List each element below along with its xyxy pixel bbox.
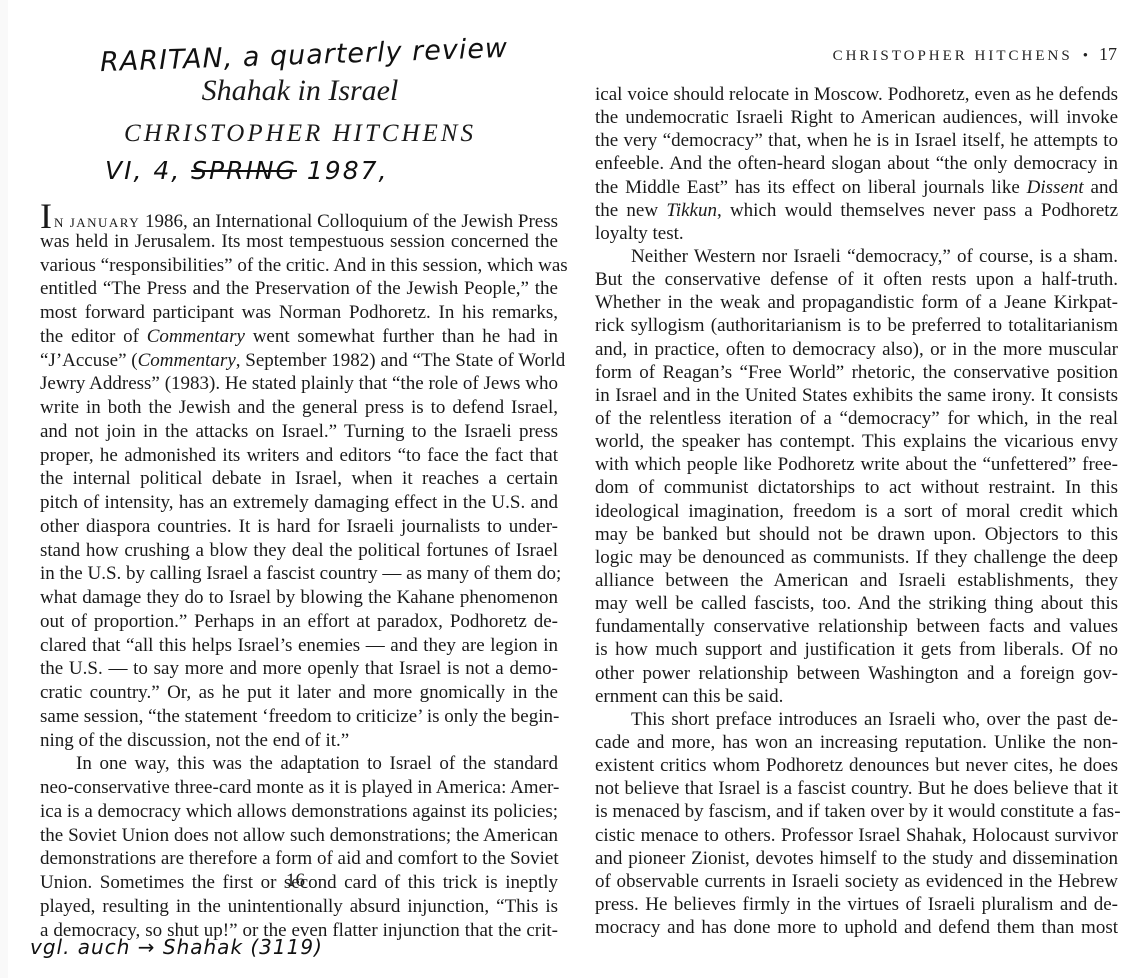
- text-line: alliance between the American and Israel…: [595, 569, 1118, 592]
- text-line: ica is a democracy which allows demonstr…: [40, 800, 558, 824]
- handwritten-cross-reference: vgl. auch → Shahak (3119): [30, 935, 323, 959]
- bullet-separator: •: [1083, 48, 1091, 64]
- text-line: logic may be denounced as communists. If…: [595, 546, 1118, 569]
- text-line: stand how crushing a blow they deal the …: [40, 539, 558, 563]
- text-line: proper, he admonished its writers and ed…: [40, 444, 558, 468]
- text-line: the undemocratic Israeli Right to Americ…: [595, 106, 1118, 129]
- text-line: entitled “The Press and the Preservation…: [40, 277, 558, 301]
- text-line: demonstrations are therefore a form of a…: [40, 847, 558, 871]
- issue-season: SPRING: [191, 156, 297, 185]
- text-line: ideological imagination, freedom is a so…: [595, 500, 1118, 523]
- text-line: In one way, this was the adaptation to I…: [40, 752, 558, 776]
- text-line: and pioneer Zionist, devotes himself to …: [595, 847, 1118, 870]
- issue-year: 1987,: [297, 156, 389, 185]
- text-line: with which people like Podhoretz write a…: [595, 453, 1118, 476]
- text-line: was held in Jerusalem. Its most tempestu…: [40, 230, 558, 254]
- right-column-text: ical voice should relocate in Moscow. Po…: [595, 83, 1118, 939]
- text-line: ning of the discussion, not the end of i…: [40, 729, 558, 753]
- small-caps-lead: n january: [54, 215, 140, 230]
- handwritten-journal-name: RARITAN, a quarterly review: [100, 33, 509, 78]
- page-number-left: 16: [286, 870, 305, 892]
- text-line: played, resulting in the unintentionally…: [40, 895, 558, 919]
- text-line: various “responsibilities” of the critic…: [40, 254, 558, 278]
- text-line: and, in practice, often to democracy als…: [595, 338, 1118, 361]
- text-line: not believe that Israel is a fascist cou…: [595, 777, 1118, 800]
- text-line: world, the speaker has contempt. This ex…: [595, 430, 1118, 453]
- running-head: CHRISTOPHER HITCHENS•17: [833, 44, 1117, 65]
- running-head-author: CHRISTOPHER HITCHENS: [833, 48, 1073, 64]
- text-line: fundamentally conservative relationship …: [595, 615, 1118, 638]
- text-line: Jewry Address” (1983). He stated plainly…: [40, 372, 558, 396]
- text-line: pitch of intensity, has an extremely dam…: [40, 491, 558, 515]
- text-line: rick syllogism (authoritarianism is to b…: [595, 314, 1118, 337]
- text-line: cistic menace to others. Professor Israe…: [595, 824, 1118, 847]
- text-line: existent critics whom Podhoretz denounce…: [595, 754, 1118, 777]
- right-page: CHRISTOPHER HITCHENS•17 ical voice shoul…: [572, 0, 1145, 978]
- text-line: same session, “the statement ‘freedom to…: [40, 705, 558, 729]
- text-line: write in both the Jewish and the general…: [40, 396, 558, 420]
- text-line: in the U.S. by calling Israel a fascist …: [40, 562, 558, 586]
- text-line: neo-conservative three-card monte as it …: [40, 776, 558, 800]
- text-line: is menaced by fascism, and if taken over…: [595, 800, 1118, 823]
- text-line: But the conservative defense of it often…: [595, 268, 1118, 291]
- text-line: press. He believes firmly in the virtues…: [595, 893, 1118, 916]
- page-number-right: 17: [1099, 44, 1117, 64]
- text-line: mocracy and has done more to uphold and …: [595, 916, 1118, 939]
- text-line: of the relentless iteration of a “democr…: [595, 407, 1118, 430]
- article-author: CHRISTOPHER HITCHENS: [0, 120, 600, 148]
- text-line: the U.S. — to say more and more openly t…: [40, 657, 558, 681]
- article-title: Shahak in Israel: [0, 74, 600, 108]
- text-line: dom of communist dictatorships to act wi…: [595, 476, 1118, 499]
- text-line: the new Tikkun, which would themselves n…: [595, 199, 1118, 222]
- text-line: other power relationship between Washing…: [595, 662, 1118, 685]
- text-line: may be banked but should not be drawn up…: [595, 523, 1118, 546]
- text-line: ernment can this be said.: [595, 685, 1118, 708]
- text-line: clared that “all this helps Israel’s ene…: [40, 634, 558, 658]
- text-line: loyalty test.: [595, 222, 1118, 245]
- text-line: of observable currents in Israeli societ…: [595, 870, 1118, 893]
- text-line: most forward participant was Norman Podh…: [40, 301, 558, 325]
- text-line: This short preface introduces an Israeli…: [595, 708, 1118, 731]
- text-line: ical voice should relocate in Moscow. Po…: [595, 83, 1118, 106]
- text-line: may well be called fascists, too. And th…: [595, 592, 1118, 615]
- text-line: and not join in the attacks on Israel.” …: [40, 420, 558, 444]
- text-line: what damage they do to Israel by blowing…: [40, 586, 558, 610]
- text-line: form of Reagan’s “Free World” rhetoric, …: [595, 361, 1118, 384]
- text-line: In january 1986, an International Colloq…: [40, 206, 558, 230]
- text-line: the Middle East” has its effect on liber…: [595, 176, 1118, 199]
- text-line: Neither Western nor Israeli “democracy,”…: [595, 245, 1118, 268]
- text-line: the Soviet Union does not allow such dem…: [40, 824, 558, 848]
- text-line: enfeeble. And the often-heard slogan abo…: [595, 152, 1118, 175]
- text-line: cratic country.” Or, as he put it later …: [40, 681, 558, 705]
- text-line: Whether in the weak and propagandistic f…: [595, 291, 1118, 314]
- text-line: the internal political debate in Israel,…: [40, 467, 558, 491]
- text-line: is how much support and justification it…: [595, 638, 1118, 661]
- text-line: out of proportion.” Perhaps in an effort…: [40, 610, 558, 634]
- left-page: RARITAN, a quarterly review Shahak in Is…: [0, 0, 572, 978]
- text-line: “J’Accuse” (Commentary, September 1982) …: [40, 349, 558, 373]
- text-line: the editor of Commentary went somewhat f…: [40, 325, 558, 349]
- text-line: other diaspora countries. It is hard for…: [40, 515, 558, 539]
- left-column-text: In january 1986, an International Colloq…: [40, 206, 558, 942]
- handwritten-issue: VI, 4, SPRING 1987,: [105, 156, 388, 185]
- text-line: cade and more, has won an increasing rep…: [595, 731, 1118, 754]
- text-line: in Israel and in the United States exhib…: [595, 384, 1118, 407]
- issue-volume: VI, 4,: [105, 156, 191, 185]
- text-line: the very “democracy” that, when he is in…: [595, 129, 1118, 152]
